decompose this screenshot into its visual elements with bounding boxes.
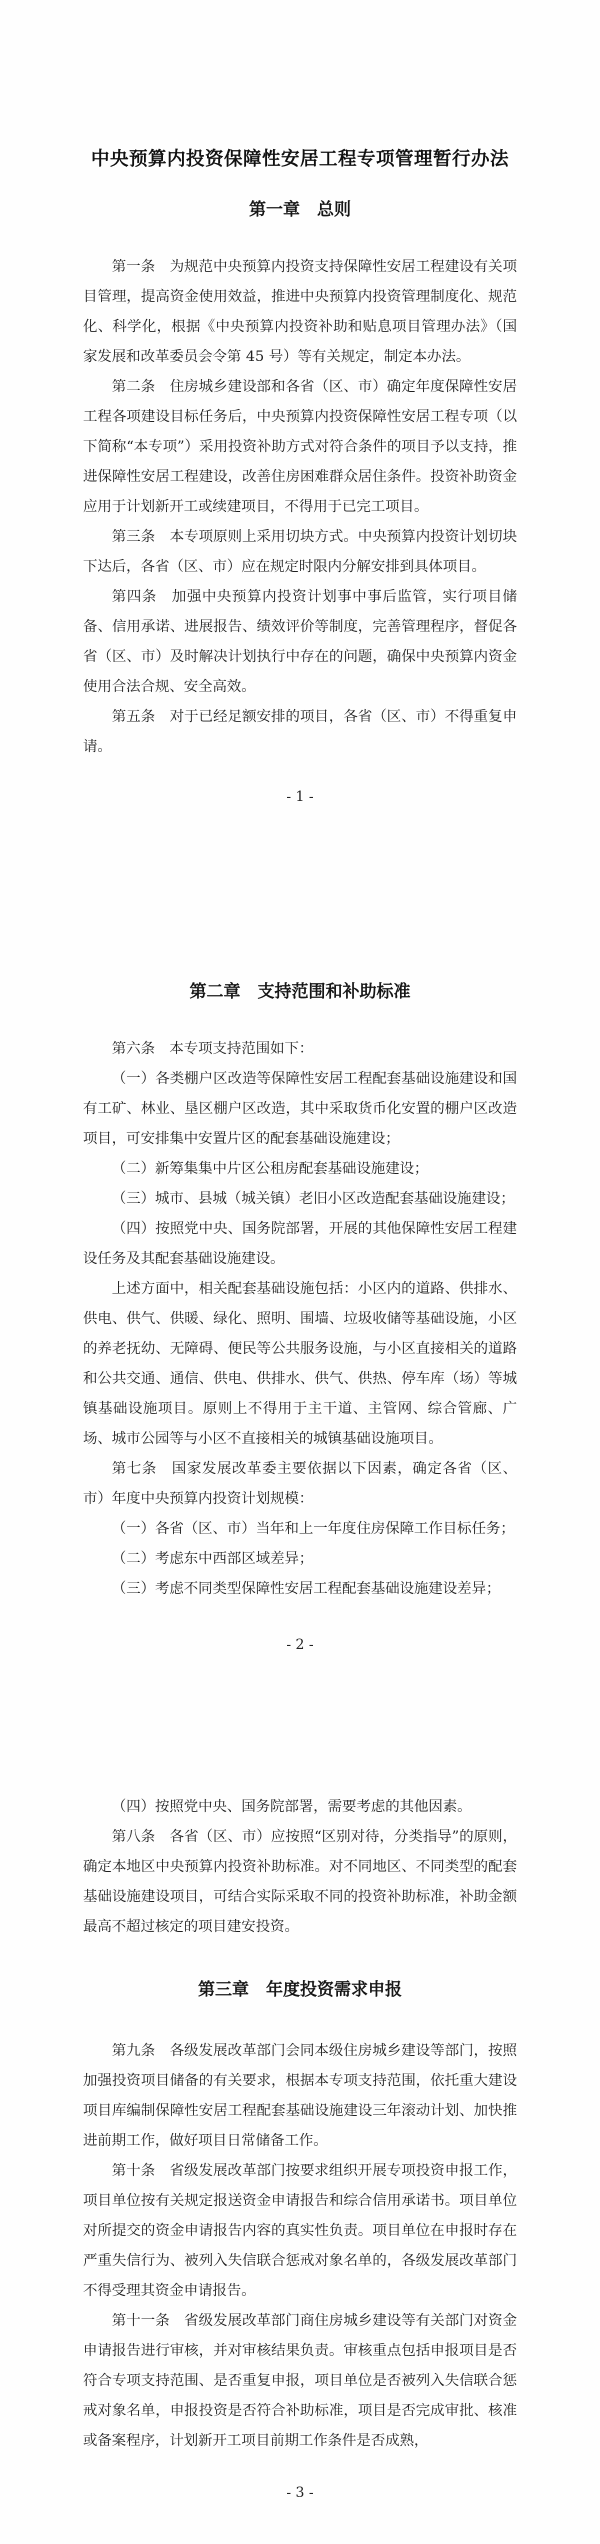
paragraph-article-7-item-4: （四）按照党中央、国务院部署，需要考虑的其他因素。 — [83, 1792, 517, 1822]
document-page-1: 中央预算内投资保障性安居工程专项管理暂行办法 第一章 总则 第一条 为规范中央预… — [0, 0, 600, 848]
document-title: 中央预算内投资保障性安居工程专项管理暂行办法 — [83, 0, 517, 172]
page-number-2: - 2 - — [0, 1638, 600, 1652]
paragraph-article-3: 第三条 本专项原则上采用切块方式。中央预算内投资计划切块下达后，各省（区、市）应… — [83, 522, 517, 582]
paragraph-article-7: 第七条 国家发展改革委主要依据以下因素，确定各省（区、市）年度中央预算内投资计划… — [83, 1454, 517, 1514]
chapter-2-heading: 第二章 支持范围和补助标准 — [83, 848, 517, 1004]
page-1-body: 第一条 为规范中央预算内投资支持保障性安居工程建设有关项目管理，提高资金使用效益… — [83, 252, 517, 762]
document-page-3: （四）按照党中央、国务院部署，需要考虑的其他因素。 第八条 各省（区、市）应按照… — [0, 1696, 600, 2544]
paragraph-article-2: 第二条 住房城乡建设部和各省（区、市）确定年度保障性安居工程各项建设目标任务后，… — [83, 372, 517, 522]
paragraph-article-6: 第六条 本专项支持范围如下： — [83, 1034, 517, 1064]
page-3-lead-body: （四）按照党中央、国务院部署，需要考虑的其他因素。 第八条 各省（区、市）应按照… — [83, 1696, 517, 1942]
paragraph-article-4: 第四条 加强中央预算内投资计划事中事后监管，实行项目储备、信用承诺、进展报告、绩… — [83, 582, 517, 702]
chapter-1-heading: 第一章 总则 — [83, 198, 517, 222]
paragraph-article-9: 第九条 各级发展改革部门会同本级住房城乡建设等部门，按照加强投资项目储备的有关要… — [83, 2036, 517, 2156]
page-number-1: - 1 - — [0, 790, 600, 804]
paragraph-article-5: 第五条 对于已经足额安排的项目，各省（区、市）不得重复申请。 — [83, 702, 517, 762]
chapter-3-heading: 第三章 年度投资需求申报 — [83, 1978, 517, 2002]
paragraph-article-7-item-2: （二）考虑东中西部区域差异； — [83, 1544, 517, 1574]
paragraph-article-7-item-3: （三）考虑不同类型保障性安居工程配套基础设施建设差异； — [83, 1574, 517, 1604]
paragraph-article-6-item-4: （四）按照党中央、国务院部署，开展的其他保障性安居工程建设任务及其配套基础设施建… — [83, 1214, 517, 1274]
paragraph-article-6-item-1: （一）各类棚户区改造等保障性安居工程配套基础设施建设和国有工矿、林业、垦区棚户区… — [83, 1064, 517, 1154]
paragraph-article-6-item-2: （二）新筹集集中片区公租房配套基础设施建设； — [83, 1154, 517, 1184]
paragraph-article-1: 第一条 为规范中央预算内投资支持保障性安居工程建设有关项目管理，提高资金使用效益… — [83, 252, 517, 372]
page-number-3: - 3 - — [0, 2486, 600, 2500]
paragraph-article-8: 第八条 各省（区、市）应按照“区别对待，分类指导”的原则，确定本地区中央预算内投… — [83, 1822, 517, 1942]
paragraph-article-11: 第十一条 省级发展改革部门商住房城乡建设等有关部门对资金申请报告进行审核，并对审… — [83, 2306, 517, 2456]
paragraph-article-7-item-1: （一）各省（区、市）当年和上一年度住房保障工作目标任务； — [83, 1514, 517, 1544]
paragraph-article-10: 第十条 省级发展改革部门按要求组织开展专项投资申报工作，项目单位按有关规定报送资… — [83, 2156, 517, 2306]
paragraph-article-6-note: 上述方面中，相关配套基础设施包括：小区内的道路、供排水、供电、供气、供暖、绿化、… — [83, 1274, 517, 1454]
page-2-body: 第六条 本专项支持范围如下： （一）各类棚户区改造等保障性安居工程配套基础设施建… — [83, 1034, 517, 1604]
document-page-2: 第二章 支持范围和补助标准 第六条 本专项支持范围如下： （一）各类棚户区改造等… — [0, 848, 600, 1696]
paragraph-article-6-item-3: （三）城市、县城（城关镇）老旧小区改造配套基础设施建设； — [83, 1184, 517, 1214]
document: 中央预算内投资保障性安居工程专项管理暂行办法 第一章 总则 第一条 为规范中央预… — [0, 0, 600, 2544]
page-3-body: 第九条 各级发展改革部门会同本级住房城乡建设等部门，按照加强投资项目储备的有关要… — [83, 2036, 517, 2456]
